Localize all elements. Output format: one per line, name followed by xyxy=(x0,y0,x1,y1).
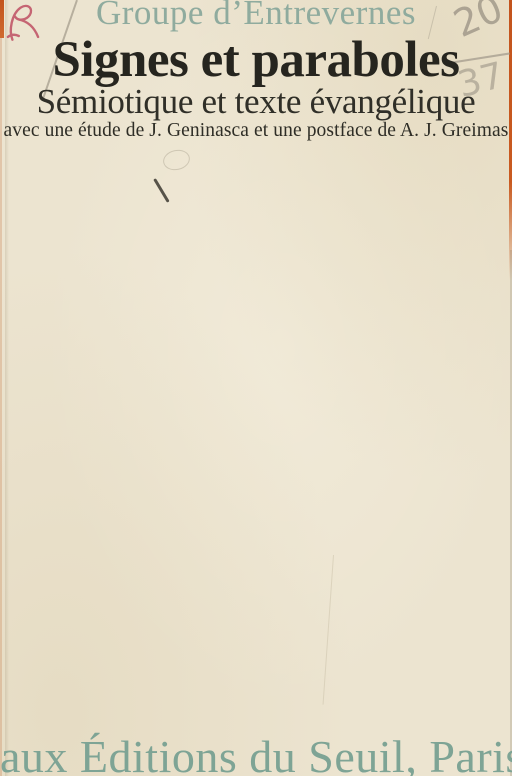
crease-line xyxy=(323,555,334,705)
credit-line: avec une étude de J. Geninasca et une po… xyxy=(0,120,512,142)
left-spine-stripe-faint xyxy=(0,38,2,776)
book-cover: 20 37 Groupe d’Entrevernes Signes et par… xyxy=(0,0,512,776)
book-subtitle: Sémiotique et texte évangélique xyxy=(0,82,512,122)
book-title: Signes et paraboles xyxy=(0,31,512,89)
collective-name: Groupe d’Entrevernes xyxy=(0,0,512,33)
pencil-stroke-mark xyxy=(153,178,169,202)
smudge-mark xyxy=(161,147,192,172)
publisher-imprint: aux Éditions du Seuil, Paris xyxy=(0,730,512,776)
